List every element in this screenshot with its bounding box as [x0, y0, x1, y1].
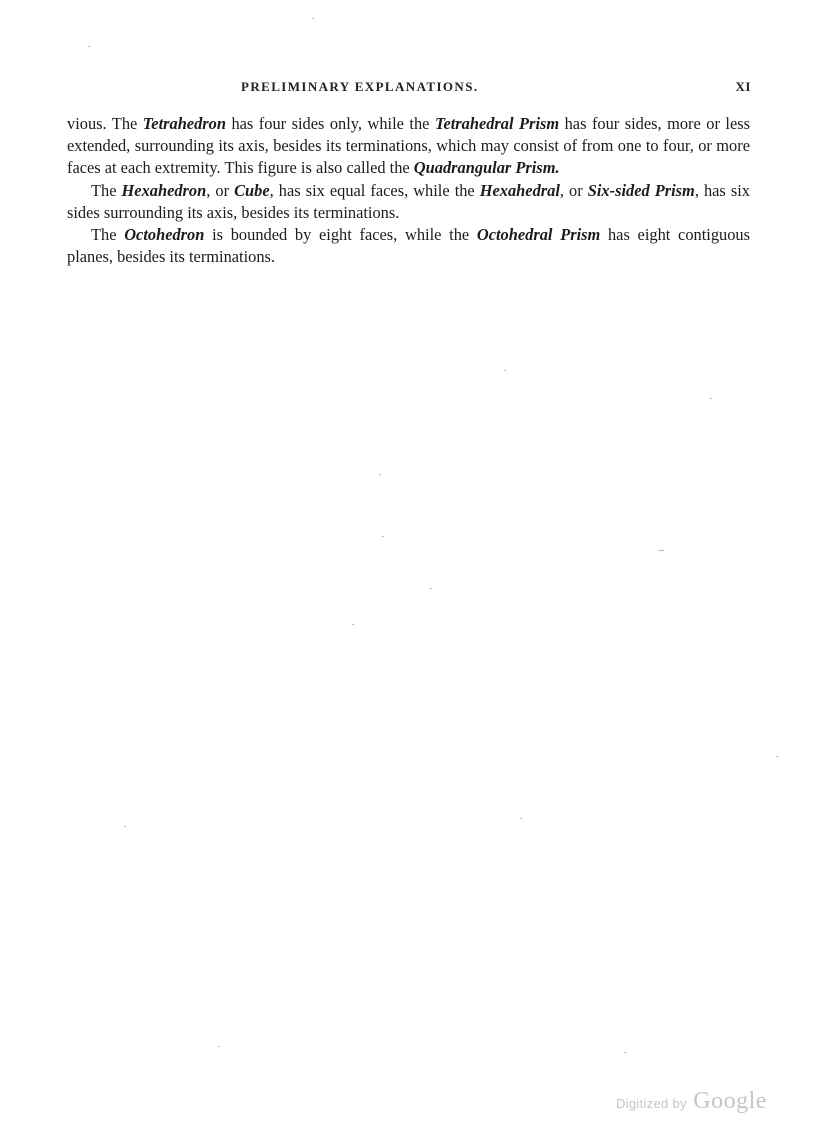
scan-speck [430, 588, 432, 589]
book-page: PRELIMINARY EXPLANATIONS. XI vious. The … [0, 0, 816, 1123]
digitized-by-google-watermark: Digitized by Google [616, 1088, 767, 1115]
text-run: has four sides only, while the [226, 114, 435, 133]
scan-speck [379, 474, 381, 475]
text-run: vious. The [67, 114, 143, 133]
italic-term: Cube [234, 181, 270, 200]
italic-term: Quadrangular Prism. [414, 158, 560, 177]
google-logo-text: Google [693, 1088, 767, 1114]
body-text: vious. The Tetrahedron has four sides on… [67, 113, 750, 268]
italic-term: Tetrahedral Prism [435, 114, 559, 133]
scan-speck [624, 1052, 626, 1053]
text-run: , or [560, 181, 588, 200]
scan-speck [520, 818, 522, 819]
scan-speck [88, 46, 90, 47]
running-head: PRELIMINARY EXPLANATIONS. XI [241, 79, 751, 99]
scan-speck [124, 826, 126, 827]
scan-speck [710, 398, 712, 399]
scan-speck [382, 536, 384, 537]
page-number: XI [736, 79, 751, 95]
text-run: The [91, 225, 124, 244]
italic-term: Six-sided Prism [588, 181, 695, 200]
scan-speck [776, 756, 778, 757]
text-run: , or [206, 181, 234, 200]
text-run: , has six equal faces, while the [270, 181, 480, 200]
scan-speck [352, 624, 354, 625]
scan-speck [312, 18, 314, 19]
scan-speck [218, 1046, 220, 1047]
italic-term: Octohedron [124, 225, 204, 244]
scan-speck [658, 550, 664, 551]
running-head-title: PRELIMINARY EXPLANATIONS. [241, 79, 479, 95]
italic-term: Hexahedron [122, 181, 207, 200]
italic-term: Hexahedral [480, 181, 560, 200]
paragraph-tetrahedron: vious. The Tetrahedron has four sides on… [67, 113, 750, 180]
watermark-prefix: Digitized by [616, 1096, 687, 1111]
scan-speck [504, 370, 506, 371]
paragraph-octohedron: The Octohedron is bounded by eight faces… [67, 224, 750, 268]
italic-term: Tetrahedron [143, 114, 226, 133]
paragraph-hexahedron: The Hexahedron, or Cube, has six equal f… [67, 180, 750, 224]
text-run: is bounded by eight faces, while the [204, 225, 477, 244]
italic-term: Octohedral Prism [477, 225, 600, 244]
text-run: The [91, 181, 122, 200]
